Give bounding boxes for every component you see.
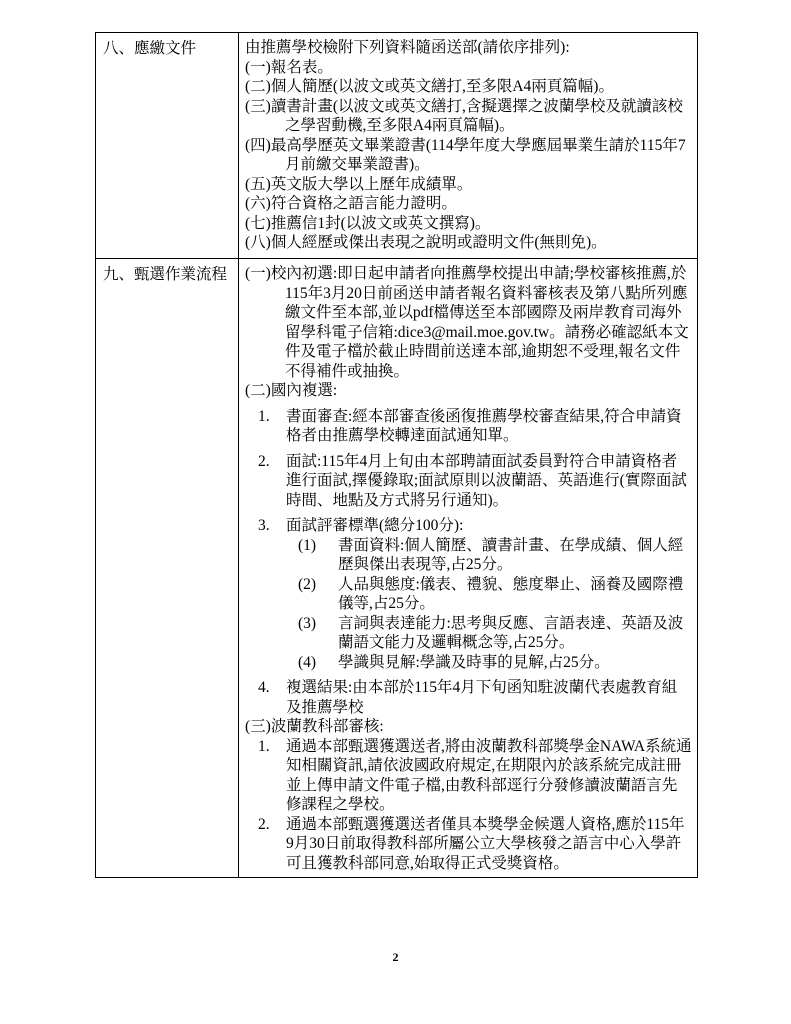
list-marker: (3) (298, 614, 338, 653)
list-marker: (1) (298, 536, 338, 575)
list-text: 複選結果:由本部於115年4月下旬函知駐波蘭代表處教育組及推薦學校 (286, 678, 692, 717)
sub-list-item: (2)人品與態度:儀表、禮貌、態度舉止、涵養及國際禮儀等,占25分。 (298, 575, 692, 614)
list-item: 4.複選結果:由本部於115年4月下旬函知駐波蘭代表處教育組及推薦學校 (258, 678, 692, 717)
list-item: 1.書面審查:經本部審查後函復推薦學校審查結果,符合申請資格者由推薦學校轉達面試… (258, 407, 692, 446)
paragraph: (三)讀書計畫(以波文或英文繕打,含擬選擇之波蘭學校及就讀該校之學習動機,至多限… (245, 97, 692, 136)
paragraph: (二)國內複選: (245, 381, 692, 401)
list-marker: 3. (258, 516, 286, 536)
list-marker: (4) (298, 653, 338, 673)
list-item: 1.通過本部甄選獲選送者,將由波蘭教科部獎學金NAWA系統通知相關資訊,請依波國… (258, 737, 692, 815)
table-body: 八、應繳文件由推薦學校檢附下列資料隨函送部(請依序排列):(一)報名表。(二)個… (96, 33, 698, 878)
list-text: 通過本部甄選獲選送者僅具本獎學金候選人資格,應於115年9月30日前取得教科部所… (286, 815, 692, 874)
list-text: 面試:115年4月上旬由本部聘請面試委員對符合申請資格者進行面試,擇優錄取;面試… (286, 452, 692, 511)
row-label: 九、甄選作業流程 (96, 259, 239, 878)
table-row: 八、應繳文件由推薦學校檢附下列資料隨函送部(請依序排列):(一)報名表。(二)個… (96, 33, 698, 259)
list-text: 面試評審標準(總分100分): (286, 516, 692, 536)
row-label: 八、應繳文件 (96, 33, 239, 259)
list-marker: (2) (298, 575, 338, 614)
list-marker: 1. (258, 407, 286, 446)
table-row: 九、甄選作業流程(一)校內初選:即日起申請者向推薦學校提出申請;學校審核推薦,於… (96, 259, 698, 878)
sub-list-item: (1)書面資料:個人簡歷、讀書計畫、在學成績、個人經歷與傑出表現等,占25分。 (298, 536, 692, 575)
paragraph: (六)符合資格之語言能力證明。 (245, 194, 692, 214)
sub-list-item: (3)言詞與表達能力:思考與反應、言語表達、英語及波蘭語文能力及邏輯概念等,占2… (298, 614, 692, 653)
sub-list-item: (4)學識與見解:學識及時事的見解,占25分。 (298, 653, 692, 673)
list-marker: 1. (258, 737, 286, 815)
list-text: 書面審查:經本部審查後函復推薦學校審查結果,符合申請資格者由推薦學校轉達面試通知… (286, 407, 692, 446)
paragraph: (五)英文版大學以上歷年成績單。 (245, 175, 692, 195)
list-text: 人品與態度:儀表、禮貌、態度舉止、涵養及國際禮儀等,占25分。 (338, 575, 692, 614)
list-text: 書面資料:個人簡歷、讀書計畫、在學成績、個人經歷與傑出表現等,占25分。 (338, 536, 692, 575)
list-marker: 4. (258, 678, 286, 717)
list-marker: 2. (258, 815, 286, 874)
row-content: (一)校內初選:即日起申請者向推薦學校提出申請;學校審核推薦,於115年3月20… (239, 259, 698, 878)
document-page: 八、應繳文件由推薦學校檢附下列資料隨函送部(請依序排列):(一)報名表。(二)個… (0, 0, 791, 1024)
paragraph: (一)報名表。 (245, 58, 692, 78)
row-content: 由推薦學校檢附下列資料隨函送部(請依序排列):(一)報名表。(二)個人簡歷(以波… (239, 33, 698, 259)
paragraph: 由推薦學校檢附下列資料隨函送部(請依序排列): (245, 38, 692, 58)
paragraph: (七)推薦信1封(以波文或英文撰寫)。 (245, 214, 692, 234)
requirements-table: 八、應繳文件由推薦學校檢附下列資料隨函送部(請依序排列):(一)報名表。(二)個… (95, 32, 698, 878)
paragraph: (八)個人經歷或傑出表現之說明或證明文件(無則免)。 (245, 233, 692, 253)
list-text: 學識與見解:學識及時事的見解,占25分。 (338, 653, 692, 673)
paragraph: (二)個人簡歷(以波文或英文繕打,至多限A4兩頁篇幅)。 (245, 77, 692, 97)
list-text: 言詞與表達能力:思考與反應、言語表達、英語及波蘭語文能力及邏輯概念等,占25分。 (338, 614, 692, 653)
page-number: 2 (0, 950, 791, 965)
paragraph: (一)校內初選:即日起申請者向推薦學校提出申請;學校審核推薦,於115年3月20… (245, 264, 692, 381)
list-item: 2.面試:115年4月上旬由本部聘請面試委員對符合申請資格者進行面試,擇優錄取;… (258, 452, 692, 511)
list-marker: 2. (258, 452, 286, 511)
paragraph: (三)波蘭教科部審核: (245, 717, 692, 737)
list-item: 2.通過本部甄選獲選送者僅具本獎學金候選人資格,應於115年9月30日前取得教科… (258, 815, 692, 874)
list-item: 3.面試評審標準(總分100分): (258, 516, 692, 536)
paragraph: (四)最高學歷英文畢業證書(114學年度大學應屆畢業生請於115年7月前繳交畢業… (245, 136, 692, 175)
list-text: 通過本部甄選獲選送者,將由波蘭教科部獎學金NAWA系統通知相關資訊,請依波國政府… (286, 737, 692, 815)
